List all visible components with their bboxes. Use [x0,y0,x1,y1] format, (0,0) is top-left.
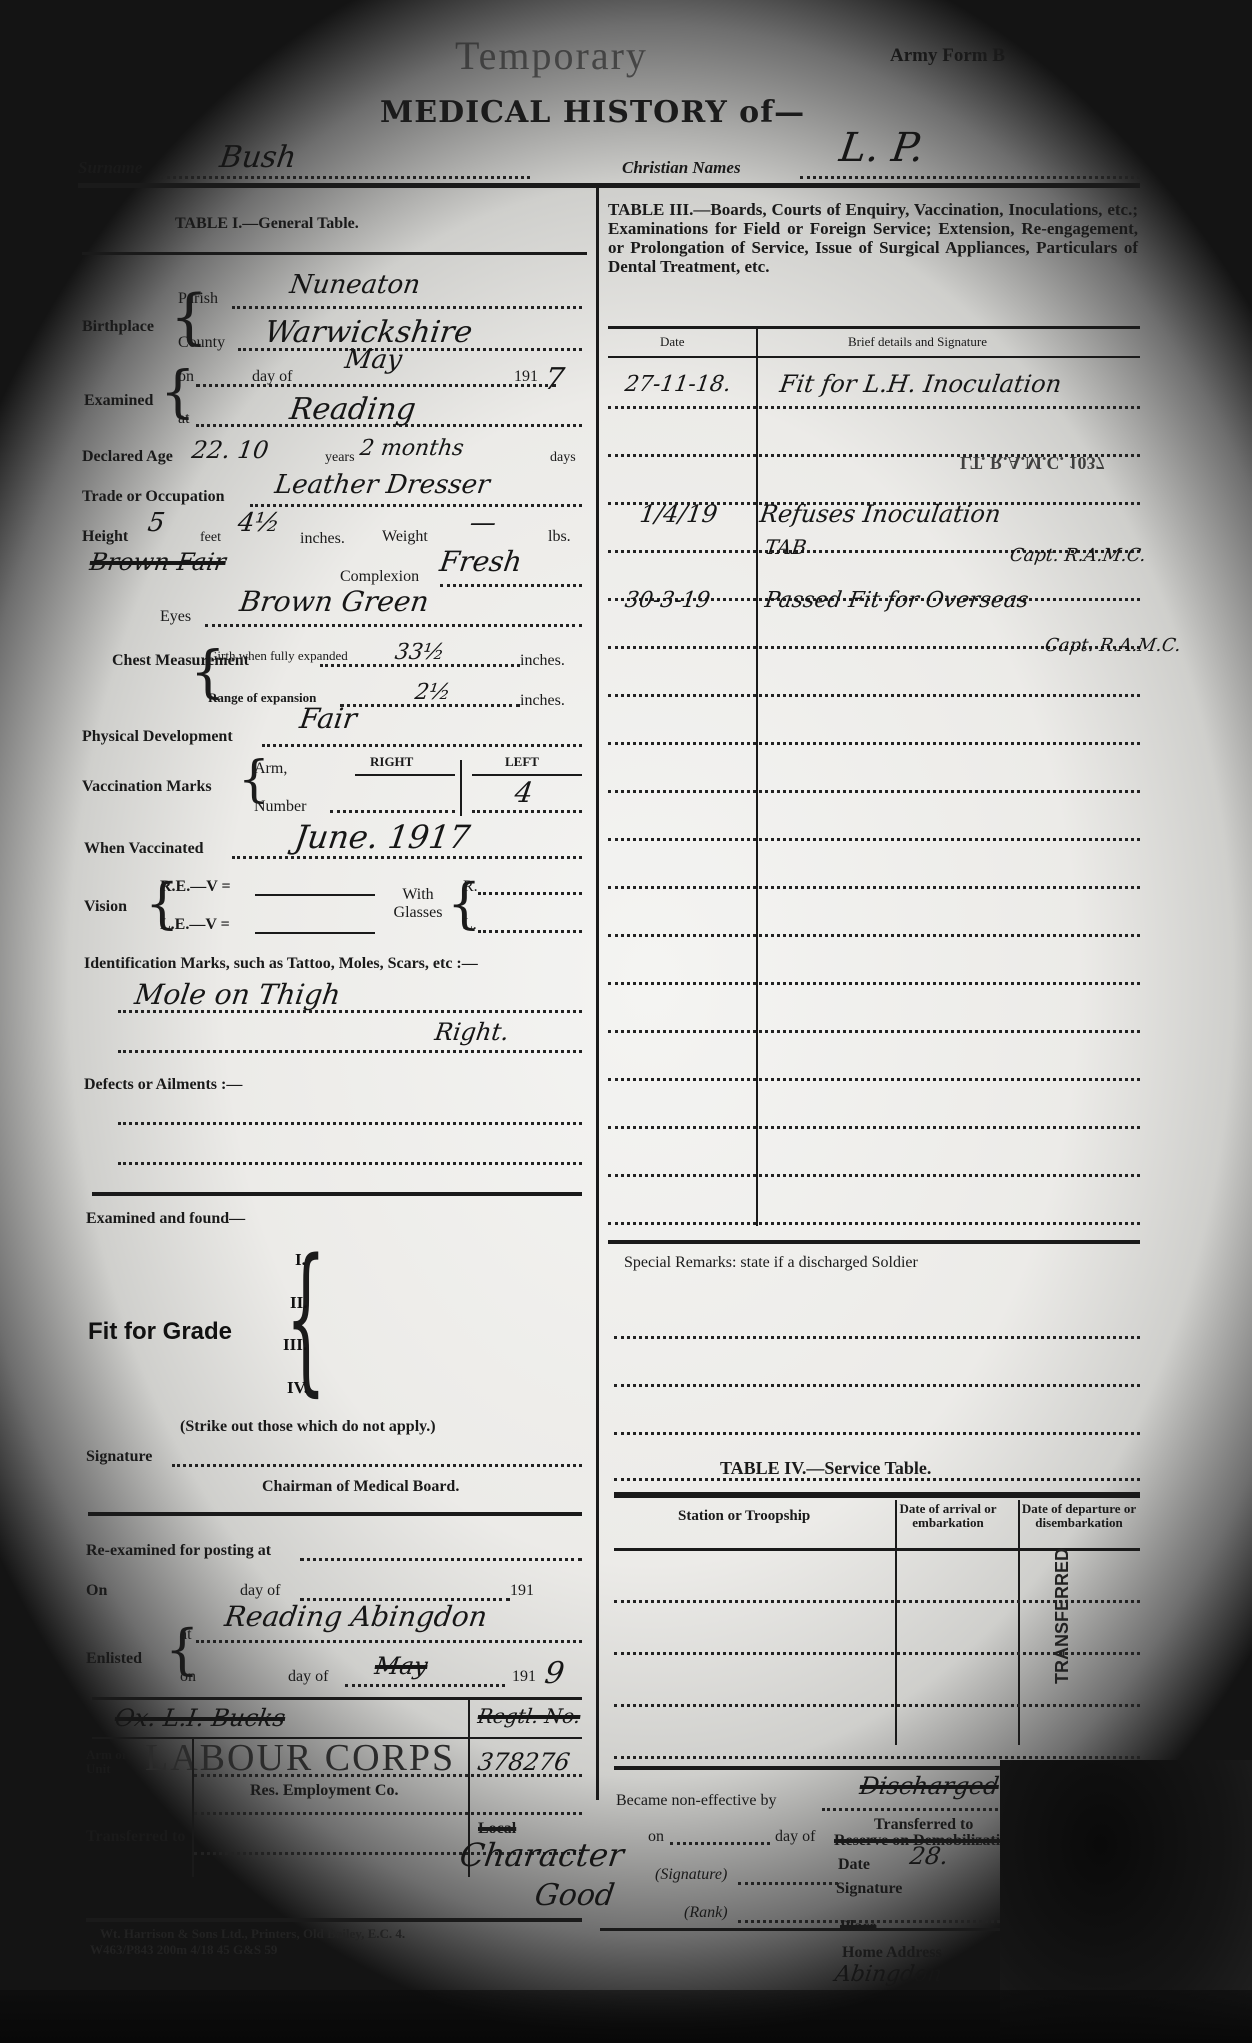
number-label: Number [254,798,306,816]
date-value: 28. [908,1842,950,1870]
printer-line-2: W463/P843 200m 4/18 45 G&S 59 [90,1942,277,1958]
character-label: Character [457,1836,626,1874]
feet-label: feet [200,530,221,546]
signature-label-footer: (Signature) [655,1866,727,1884]
t3-row1-details: Fit for L.H. Inoculation [778,370,1063,398]
examined-at-label: at [178,410,190,428]
id-marks-label: Identification Marks, such as Tattoo, Mo… [84,955,478,973]
arm-label: Arm, [254,760,287,778]
examined-month-value: May [343,345,404,375]
height-label: Height [82,528,128,546]
eyes-value: Brown Green [238,585,431,618]
id-marks-value: Mole on Thigh [133,978,343,1011]
examined-label: Examined [84,392,153,410]
place-label: Place [840,1918,876,1936]
parish-value: Nuneaton [288,270,422,300]
reexamined-day-of-label: day of [240,1582,280,1600]
table3-title: TABLE III.—Boards, Courts of Enquiry, Va… [608,200,1138,276]
re-label: R.E.—V = [160,878,231,896]
le-label: L.E.—V = [160,916,230,934]
chairman-label: Chairman of Medical Board. [262,1478,459,1496]
enlisted-month: May [373,1652,429,1680]
examined-year-prefix: 191 [514,368,538,386]
grade-4[interactable]: IV. [287,1378,308,1398]
girth-inches-label: inches. [520,652,565,670]
parish-label: Parish [178,290,218,308]
table3-col-date: Date [660,334,685,350]
t3-row3-date: 1/4/19 [638,500,719,528]
non-effective-value: Discharged [858,1772,1001,1800]
character-value: Good [533,1878,617,1913]
when-vaccinated-value: June. 1917 [292,818,472,856]
transfer-unit: Res. Employment Co. [250,1782,398,1800]
t3-row4-date: 30-3-19 [623,588,711,613]
years-label: years [325,450,355,466]
range-value: 2½ [413,680,452,705]
declared-age-label: Declared Age [82,448,173,466]
examined-on-label: on [178,368,194,386]
vaccination-label: Vaccination Marks [82,778,212,796]
inches-label: inches. [300,530,345,548]
complexion-value: Fresh [438,545,524,578]
temporary-stamp: Temporary [455,32,648,79]
struck-unit: Ox. L.I. Bucks [113,1704,287,1732]
months-value: 2 months [358,436,465,461]
girth-label: Girth when fully expanded [208,648,348,664]
trade-value: Leather Dresser [273,470,492,500]
non-effective-label: Became non-effective by [616,1792,777,1810]
table1-title: TABLE I.—General Table. [175,215,359,233]
trade-label: Trade or Occupation [82,488,225,506]
surname-label: Surname [78,158,142,178]
t3-row2-stamp: LT. R.A.M.C. 1037 [960,452,1105,473]
reexamined-year-prefix: 191 [510,1582,534,1600]
declared-age-value: 22. 10 [190,436,270,464]
fit-for-grade-label: Fit for Grade [88,1318,232,1346]
table4-col-station: Station or Troopship [678,1508,810,1525]
enlisted-at-value: Reading Abingdon [223,1600,490,1633]
weight-value: — [468,508,498,538]
with-glasses-label: With Glasses [388,886,448,922]
table3-col-details: Brief details and Signature [848,334,987,350]
examined-found-label: Examined and found— [86,1210,245,1228]
vacc-right-header: RIGHT [370,754,413,770]
strike-note: (Strike out those which do not apply.) [180,1418,436,1436]
footer-on-label: on [648,1828,664,1846]
table4-col-departure: Date of departure or disembarkation [1020,1502,1138,1530]
height-inches: 4½ [236,508,282,538]
corps-number: 378276 [476,1748,572,1776]
surname-value: Bush [218,140,299,175]
vacc-left-header: LEFT [505,754,539,770]
grade-3[interactable]: III. [283,1335,307,1355]
struck-number: Regtl. No. [476,1704,582,1728]
home-address-value: Abingdon [833,1962,943,1987]
t3-row4-signature: Capt. R.A.M.C. [1044,635,1183,656]
defects-label: Defects or Ailments :— [84,1076,242,1094]
home-address-label: Home Address [842,1944,942,1962]
examined-at-value: Reading [288,392,418,427]
weight-label: Weight [382,528,428,546]
when-vaccinated-label: When Vaccinated [84,840,204,858]
printer-line-1: Wt. Harrison & Sons Ltd., Printers, Old … [100,1926,405,1942]
days-label: days [550,450,576,466]
t3-row1-date: 27-11-18. [623,372,732,397]
glasses-l-label: L. [463,916,477,934]
transferred-label: Transferred to [86,1828,185,1846]
christian-names-value: L. P. [837,125,927,171]
corps-label: Arm or Unit [86,1748,146,1776]
id-marks-value-2: Right. [433,1018,511,1046]
t3-row3-details: Refuses Inoculation [758,500,1003,528]
birthplace-label: Birthplace [82,318,154,336]
t3-row3-details-2: TAB [763,535,808,559]
reexamined-on-label: On [86,1582,107,1600]
complexion-label: Complexion [340,568,419,586]
range-label: Range of expansion [208,690,316,706]
signature-label-2: Signature [836,1880,902,1898]
footer-day-of-label: day of [775,1828,815,1846]
special-remarks-label: Special Remarks: state if a discharged S… [624,1254,918,1272]
county-label: County [178,334,225,352]
grade-2[interactable]: II. [290,1293,307,1313]
t3-row3-signature: Capt. R.A.M.C. [1009,545,1148,566]
enlisted-at-label: at [180,1626,192,1644]
girth-value: 33½ [393,640,446,665]
enlisted-day-of-label: day of [288,1668,328,1686]
signature-label: Signature [86,1448,152,1466]
glasses-r-label: R. [463,878,478,896]
enlisted-on-label: on [180,1668,196,1686]
date-label: Date [838,1856,870,1874]
enlisted-year-prefix: 191 [512,1668,536,1686]
bottom-shadow [0,1990,1252,2043]
physical-dev-label: Physical Development [82,728,233,746]
range-inches-label: inches. [520,692,565,710]
christian-names-label: Christian Names [622,158,741,178]
form-number: Army Form B [890,45,1005,67]
vision-label: Vision [84,898,127,916]
t3-row4-details: Passed Fit for Overseas [763,588,1030,613]
eyes-label: Eyes [160,608,191,626]
enlisted-label: Enlisted [86,1650,142,1668]
reexamined-label: Re-examined for posting at [86,1542,271,1560]
lbs-label: lbs. [548,528,571,546]
physical-dev-value: Fair [298,702,359,735]
transferred-vertical-stamp: TRANSFERRED [1052,1548,1073,1684]
hair-value: Brown Fair [88,548,228,576]
table4-title: TABLE IV.—Service Table. [720,1458,931,1479]
table4-col-arrival: Date of arrival or embarkation [898,1502,998,1530]
grade-1[interactable]: I. [295,1250,306,1270]
rank-label: (Rank) [684,1904,728,1922]
page-title: MEDICAL HISTORY of— [380,95,805,130]
